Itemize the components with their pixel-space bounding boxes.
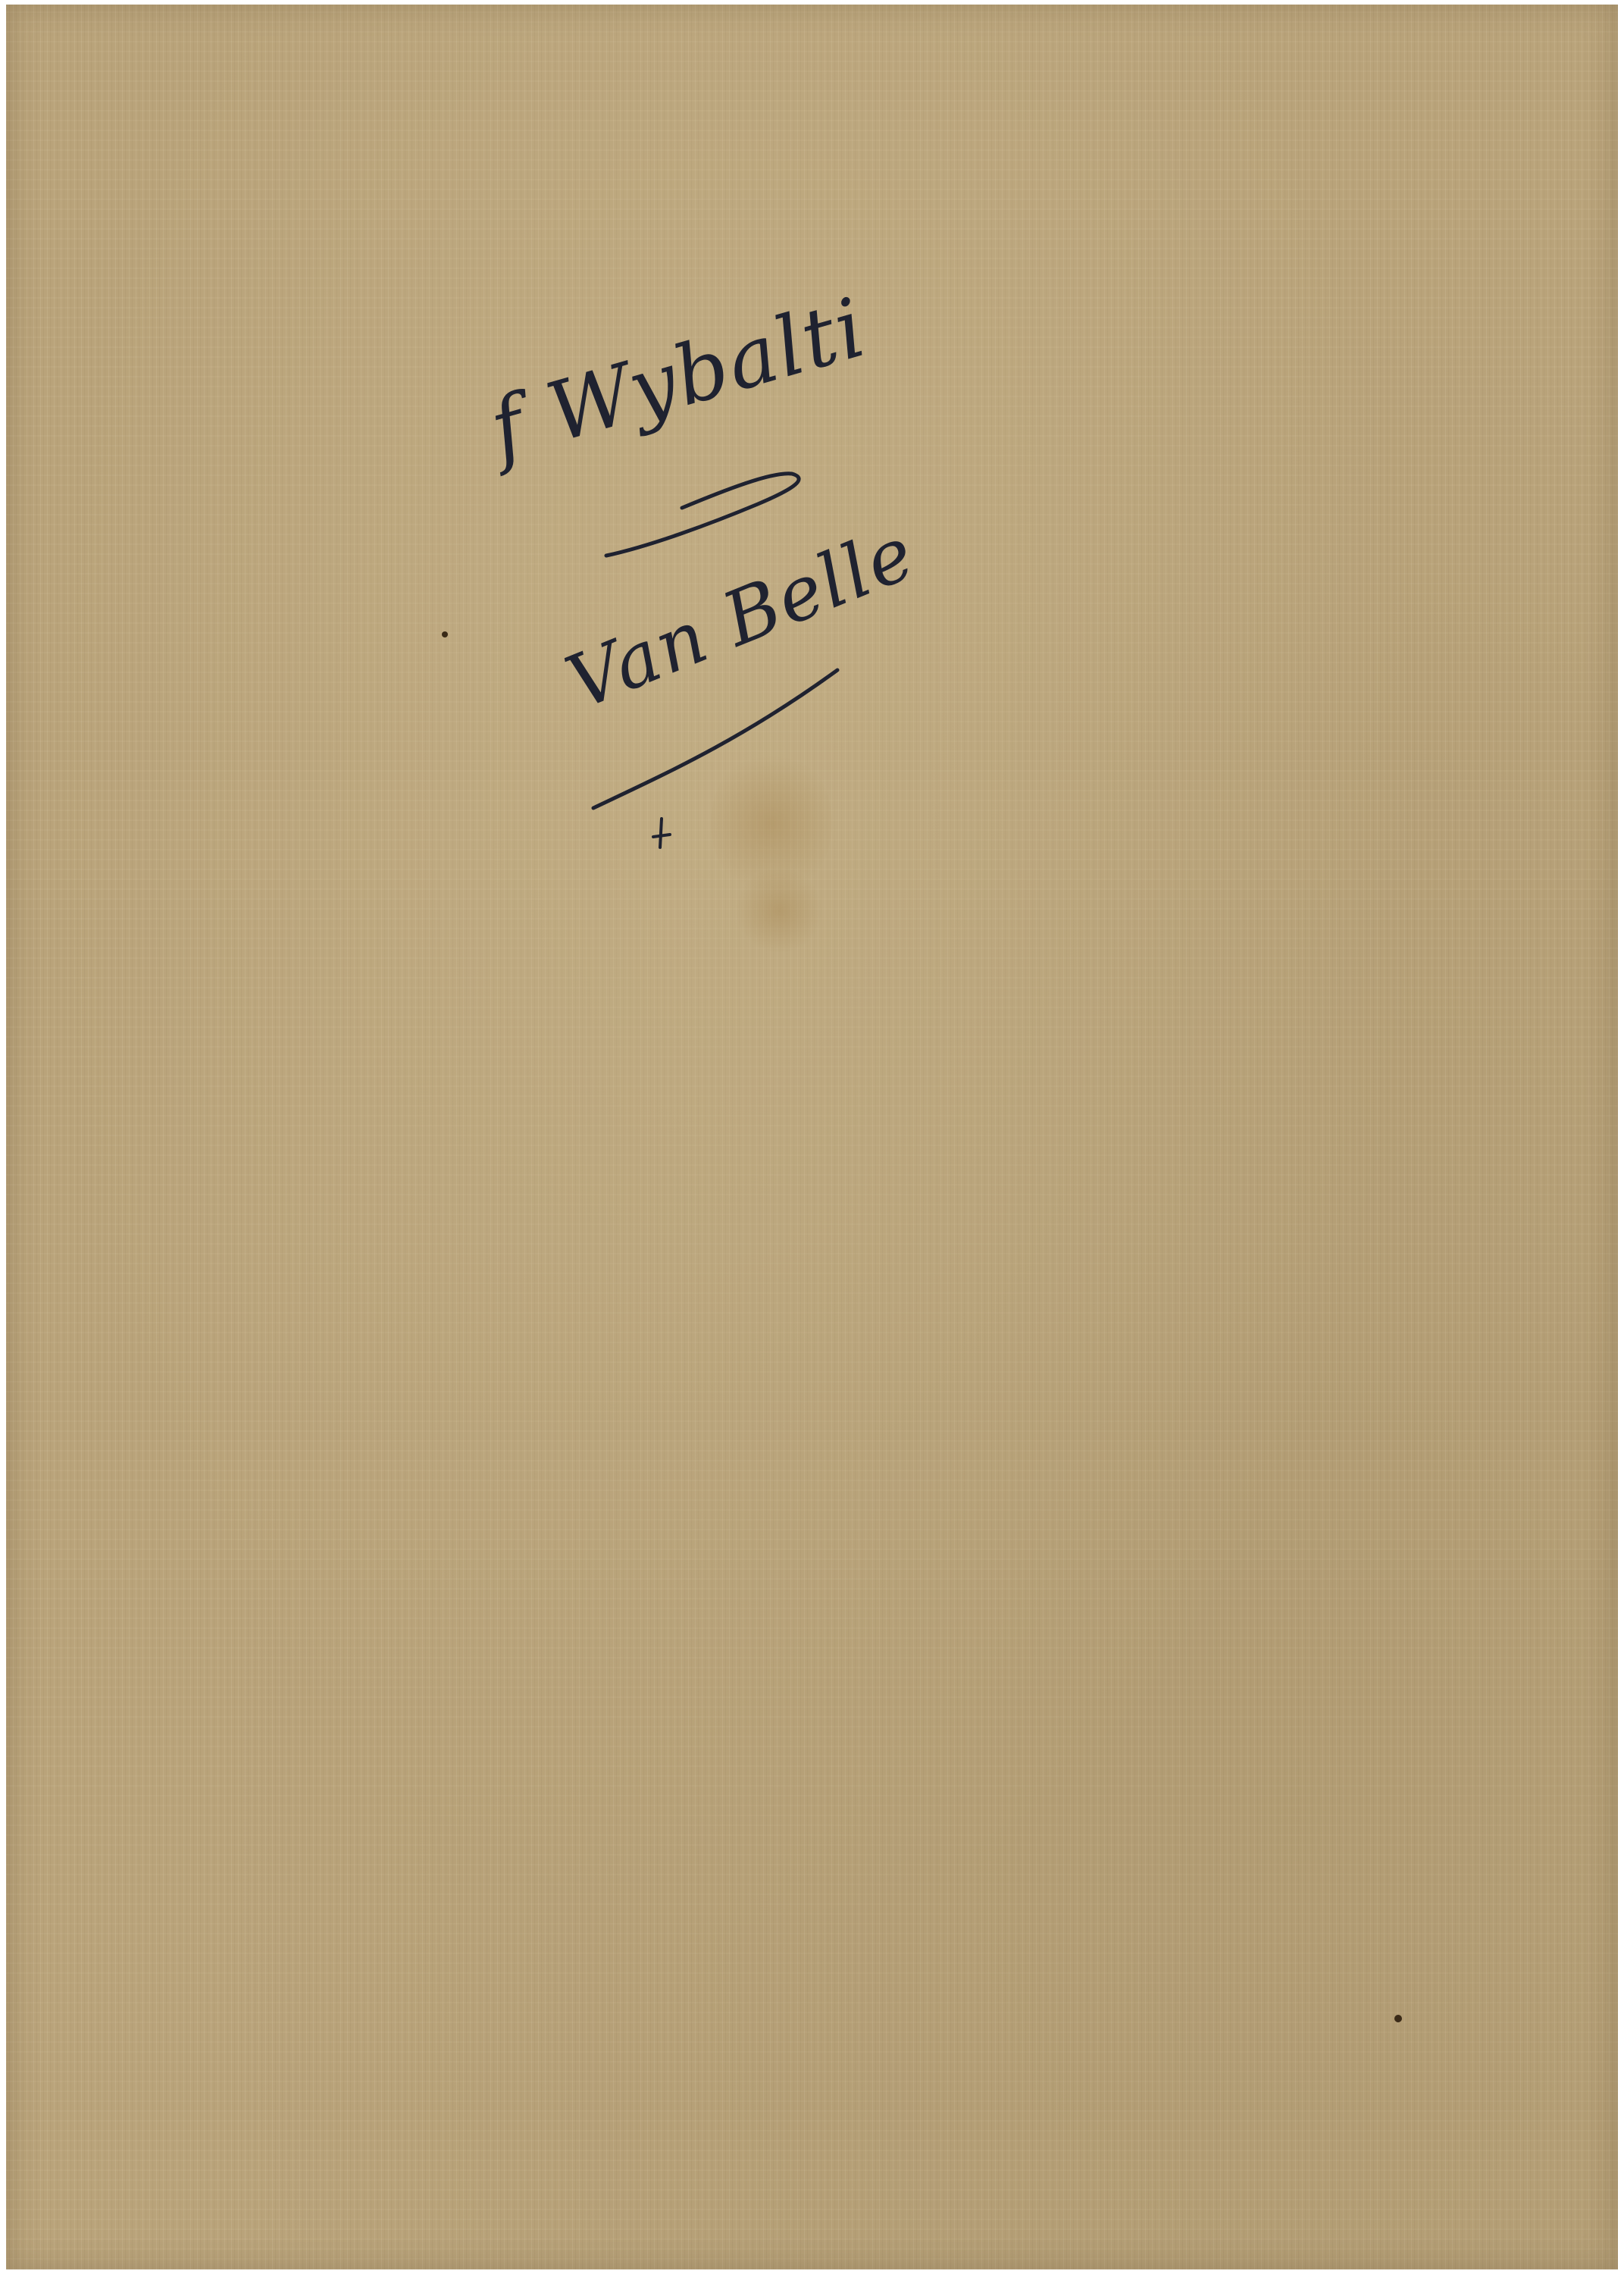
ink-speck	[442, 631, 448, 637]
paper-stain	[734, 869, 825, 952]
ink-speck	[1394, 2015, 1402, 2022]
